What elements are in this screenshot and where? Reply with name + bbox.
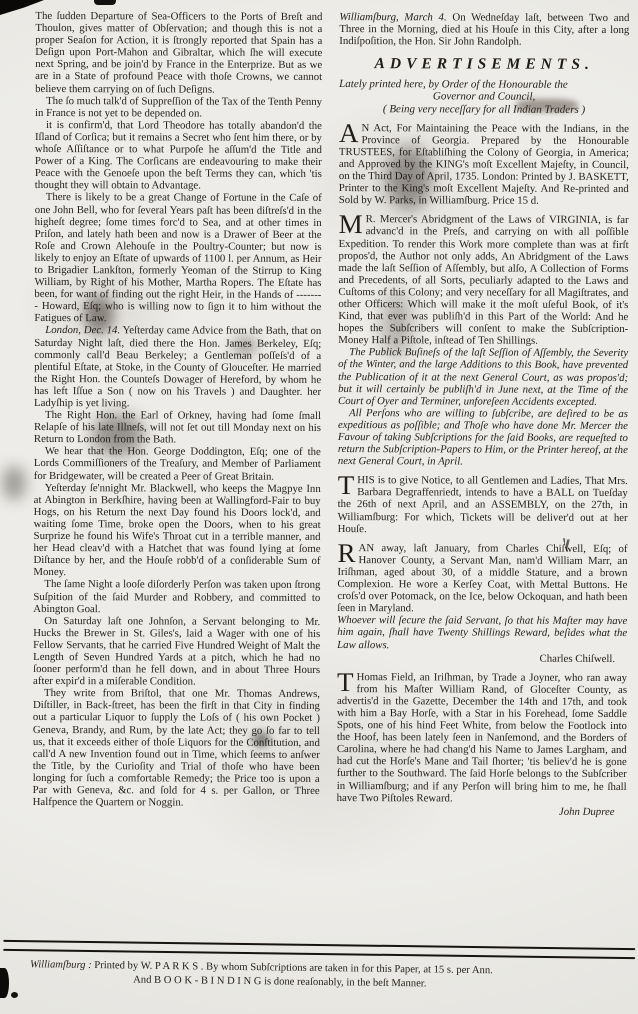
- news-paragraph: London, Dec. 14. Yeſterday came Advice f…: [34, 324, 321, 410]
- imprint-place: Williamſburg :: [30, 959, 92, 971]
- news-paragraph: They write from Briſtol, that one Mr. Th…: [33, 687, 320, 809]
- news-paragraph: We hear that the Hon. George Doddington,…: [34, 445, 321, 482]
- news-paragraph: All Perſons who are willing to ſubſcribe…: [338, 407, 628, 468]
- news-paragraph: There is likely to be a great Change of …: [34, 191, 321, 325]
- drop-cap: A: [339, 122, 362, 144]
- ink-dot: [11, 992, 18, 998]
- signature: Charles Chiſwell.: [337, 652, 627, 665]
- dateline: London, Dec. 14.: [45, 324, 120, 336]
- advertisement: AN Act, For Maintaining the Peace with t…: [339, 122, 629, 208]
- news-paragraph: it is confirm'd, that Lord Theodore has …: [35, 119, 322, 193]
- imprint-footer: Williamſburg : Printed by W. P A R K S .…: [0, 940, 638, 993]
- dateline: Williamſburg, March 4.: [339, 11, 446, 23]
- advertisement: THomas Field, an Iriſhman, by Trade a Jo…: [337, 671, 627, 805]
- news-paragraph: Williamſburg, March 4. On Wedneſday laſt…: [339, 11, 629, 48]
- right-column: Williamſburg, March 4. On Wedneſday laſt…: [337, 11, 630, 818]
- news-paragraph: The ſame Night a looſe diſorderly Perſon…: [33, 578, 320, 615]
- news-paragraph: The ſo much talk'd of Suppreſſion of the…: [35, 95, 322, 120]
- signature: John Dupree: [337, 805, 627, 818]
- news-paragraph: Whoever will ſecure the ſaid Servant, ſo…: [337, 614, 627, 651]
- newspaper-page: The ſudden Departure of Sea-Officers to …: [0, 0, 638, 1014]
- advertisement: RAN away, laſt January, from Charles Chi…: [337, 542, 627, 616]
- page-body: The ſudden Departure of Sea-Officers to …: [33, 10, 630, 818]
- ink-smudge: [2, 466, 26, 500]
- footer-rule-bottom: [3, 949, 635, 959]
- advertisement: THIS is to give Notice, to all Gentlemen…: [338, 474, 628, 535]
- news-paragraph: Yeſterday ſe'nnight Mr. Blackwell, who k…: [33, 482, 320, 580]
- scan-edge-artifact: [94, 0, 116, 5]
- news-paragraph: The ſudden Departure of Sea-Officers to …: [35, 10, 322, 96]
- footer-rule-top: [3, 940, 635, 950]
- ad-intro-line: Governor and Council,: [339, 90, 629, 103]
- drop-cap: T: [338, 474, 358, 496]
- drop-cap: R: [337, 542, 358, 564]
- advertisements-heading: ADVERTISEMENTS.: [339, 58, 629, 71]
- ad-intro-line: Lately printed here, by Order of the Hon…: [339, 78, 629, 91]
- left-column: The ſudden Departure of Sea-Officers to …: [33, 10, 323, 817]
- news-paragraph: The Right Hon. the Earl of Orkney, havin…: [34, 409, 321, 446]
- drop-cap: M: [339, 213, 366, 235]
- advertisement: MR. Mercer's Abridgment of the Laws of V…: [338, 213, 628, 347]
- news-paragraph: The Publick Buſineſs of the laſt Seſſion…: [338, 346, 628, 407]
- ad-intro-line: ( Being very neceſſary for all Indian Tr…: [339, 103, 629, 116]
- drop-cap: T: [337, 671, 357, 693]
- news-paragraph: On Saturday laſt one Johnſon, a Servant …: [33, 615, 320, 689]
